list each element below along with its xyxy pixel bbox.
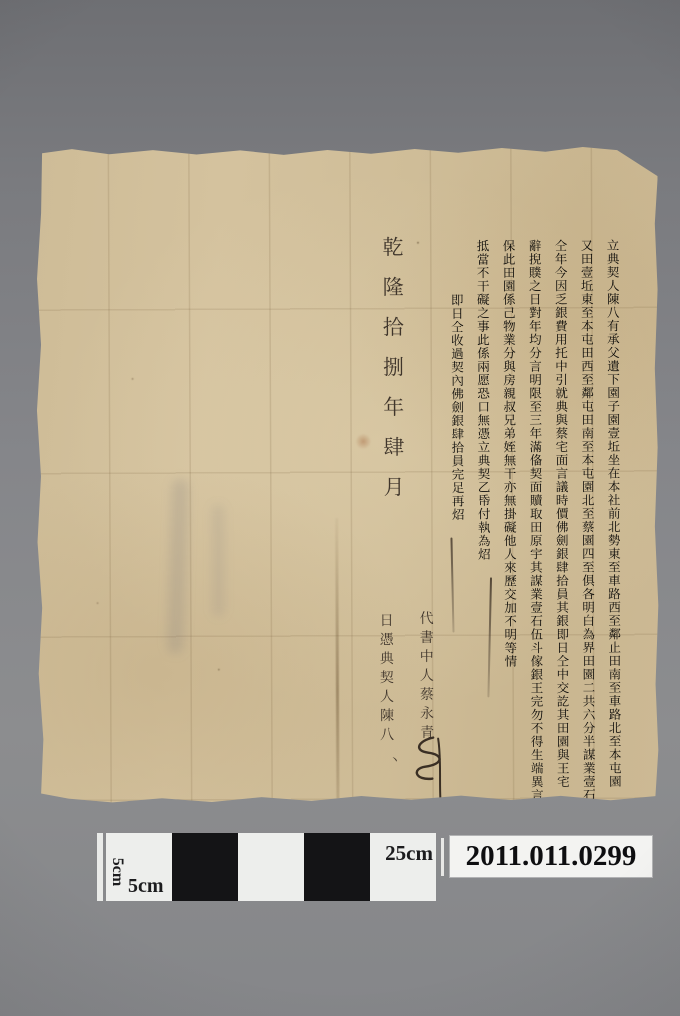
paper-specks <box>35 147 37 149</box>
scale-square-white: 25cm <box>370 833 436 901</box>
contract-main-text: 立典契人陳八有承父遺下園子園壹坵坐在本社前北勢東至車路西至鄰止田南至車路北至本屯… <box>447 239 623 806</box>
date-column: 乾隆拾捌年肆月 <box>377 236 408 516</box>
photo-stage: 立典契人陳八有承父遺下園子園壹坵坐在本社前北勢東至車路西至鄰止田南至車路北至本屯… <box>0 0 680 1016</box>
party-signature-column: 日憑典契人陳八 <box>376 613 397 746</box>
contract-text-column: 抵當不干礙之事此係兩愿恐口無憑立典契乙帋付執為炤 <box>473 239 493 805</box>
scribe-signature-column: 代書中人蔡永青 <box>416 611 437 744</box>
paper-stain <box>356 433 371 450</box>
scale-label-25cm: 25cm <box>385 841 433 866</box>
scale-bar-edge-strip <box>97 833 103 901</box>
contract-text-column: 辭掜贌之日對年均分言明限至三年滿俻契面贖取田原宇其謀業壹石伍斗傢銀王完勿不得生端… <box>525 239 545 805</box>
contract-text-column: 保此田園係己物業分與房親叔兄弟姪無干亦無掛礙他人來歷交加不明等情 <box>499 239 519 805</box>
ink-showthrough-smudge <box>212 505 224 617</box>
accession-edge-strip <box>441 838 444 876</box>
ink-showthrough-smudge <box>167 479 189 654</box>
vertical-fold-crease <box>335 518 339 804</box>
contract-text-column: 又田壹坵東至本屯田西至鄰屯田南至本屯園北至蔡園四至俱各明白為界田園二共六分半謀業… <box>577 239 597 805</box>
scale-label-5cm: 5cm <box>128 875 164 898</box>
contract-text-column: 立典契人陳八有承父遺下園子園壹坵坐在本社前北勢東至車路西至鄰止田南至車路北至本屯… <box>603 239 623 806</box>
accession-number: 2011.011.0299 <box>450 836 652 877</box>
contract-text-column: 仝年今因乏銀費用托中引就典與蔡宅面言議時價佛劍銀肆拾員其銀即日仝中交訖其田園與王… <box>551 239 571 805</box>
scale-bar: 5cm 5cm 25cm <box>97 833 436 901</box>
scale-label-rotated: 5cm <box>108 852 126 892</box>
scale-square-white <box>238 833 304 901</box>
document-paper: 立典契人陳八有承父遺下園子園壹坵坐在本社前北勢東至車路西至鄰止田南至車路北至本屯… <box>35 145 661 806</box>
ink-dot-mark: 丶 <box>389 752 400 768</box>
signature-flourish-mark <box>405 734 451 802</box>
scale-square-black <box>304 833 370 901</box>
scale-square-white: 5cm 5cm <box>106 833 172 901</box>
scale-square-black <box>172 833 238 901</box>
